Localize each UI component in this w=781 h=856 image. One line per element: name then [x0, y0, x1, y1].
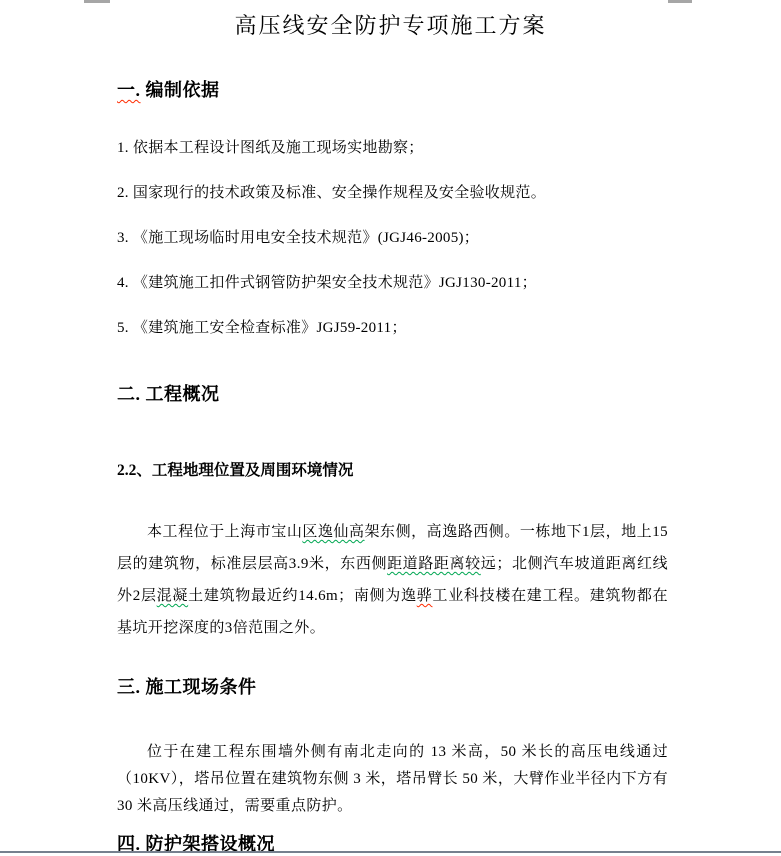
reference-item-1: 1. 依据本工程设计图纸及施工现场实地勘察； [117, 138, 668, 158]
section-2-heading: 二. 工程概况 [117, 382, 668, 406]
reference-item-2: 2. 国家现行的技术政策及标准、安全操作规程及安全验收规范。 [117, 183, 668, 203]
reference-item-4: 4. 《建筑施工扣件式钢管防护架安全技术规范》JGJ130-2011； [117, 273, 668, 293]
grammar-flagged-text: 混凝 [157, 588, 188, 604]
reference-list: 1. 依据本工程设计图纸及施工现场实地勘察； 2. 国家现行的技术政策及标准、安… [117, 138, 668, 338]
grammar-flagged-text: 距道路距离较 [387, 556, 481, 572]
section-1-heading-text: 编制依据 [141, 80, 220, 100]
spelling-flagged-text: 骅 [417, 588, 433, 604]
page-margin-marker-right [668, 0, 692, 3]
section-2-paragraph: 本工程位于上海市宝山区逸仙高架东侧，高逸路西侧。一栋地下1层，地上15层的建筑物… [117, 516, 668, 644]
grammar-flagged-text: 区逸仙高 [302, 524, 364, 540]
page-margin-marker-left [84, 0, 110, 3]
document-title: 高压线安全防护专项施工方案 [0, 10, 781, 42]
section-2-2-subheading: 2.2、工程地理位置及周围环境情况 [117, 461, 668, 481]
paragraph-text: 本工程位于上海市宝山 [147, 524, 302, 540]
reference-item-3: 3. 《施工现场临时用电安全技术规范》(JGJ46-2005)； [117, 228, 668, 248]
section-3-paragraph: 位于在建工程东围墙外侧有南北走向的 13 米高，50 米长的高压电线通过（10K… [117, 739, 668, 820]
document-page: 高压线安全防护专项施工方案 一. 编制依据 1. 依据本工程设计图纸及施工现场实… [0, 0, 781, 856]
reference-item-5: 5. 《建筑施工安全检查标准》JGJ59-2011； [117, 318, 668, 338]
window-bottom-divider [0, 851, 781, 853]
paragraph-text: 土建筑物最近约14.6m；南侧为逸 [188, 588, 417, 604]
section-1-heading-number: 一. [117, 80, 141, 100]
section-3-heading: 三. 施工现场条件 [117, 675, 668, 699]
section-1-heading: 一. 编制依据 [117, 78, 668, 102]
document-body: 一. 编制依据 1. 依据本工程设计图纸及施工现场实地勘察； 2. 国家现行的技… [0, 78, 781, 856]
